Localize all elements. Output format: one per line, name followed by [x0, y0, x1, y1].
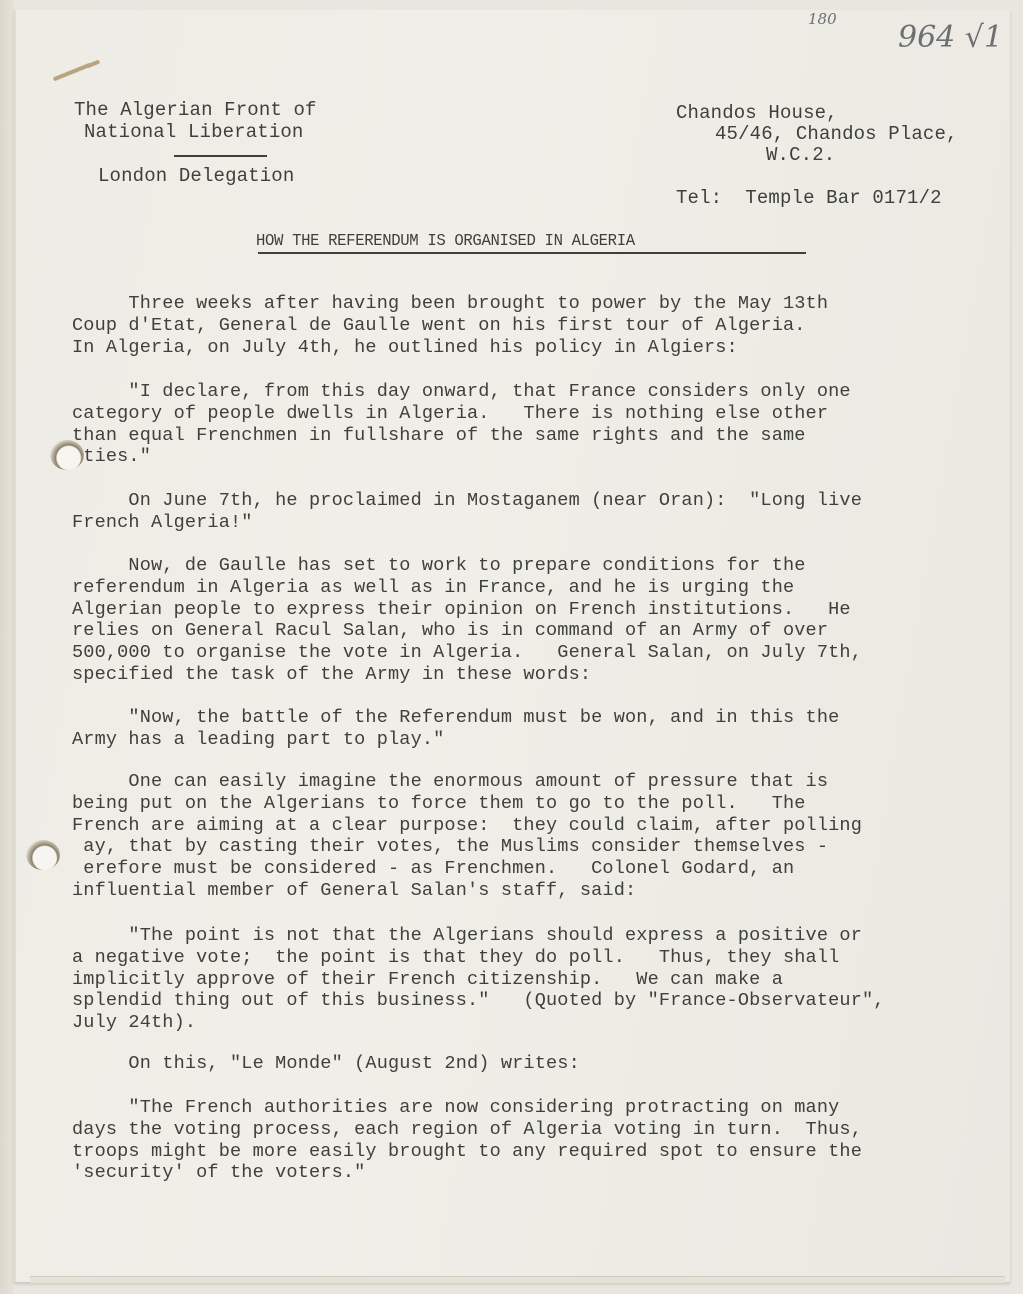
text-line: One can easily imagine the enormous amou…	[72, 772, 828, 794]
text-line: In Algeria, on July 4th, he outlined his…	[72, 338, 738, 360]
text-line: Algerian people to express their opinion…	[72, 600, 851, 622]
address-line3: W.C.2.	[766, 145, 835, 167]
text-line: ties."	[72, 447, 151, 469]
text-line: referendum in Algeria as well as in Fran…	[72, 578, 794, 600]
page-bottom-edge	[30, 1276, 1005, 1283]
text-line: splendid thing out of this business." (Q…	[72, 991, 885, 1013]
text-line: days the voting process, each region of …	[72, 1120, 862, 1142]
text-line: "The French authorities are now consider…	[72, 1098, 839, 1120]
text-line: influential member of General Salan's st…	[72, 881, 636, 903]
address-line2: 45/46, Chandos Place,	[715, 124, 958, 146]
text-line: specified the task of the Army in these …	[72, 665, 591, 687]
text-line: erefore must be considered - as Frenchme…	[72, 859, 794, 881]
title-underline	[258, 252, 806, 254]
org-name-line1: The Algerian Front of	[74, 100, 317, 122]
text-line: Army has a leading part to play."	[72, 730, 444, 752]
text-line: On this, "Le Monde" (August 2nd) writes:	[72, 1054, 580, 1076]
text-line: being put on the Algerians to force them…	[72, 794, 806, 816]
text-line: relies on General Racul Salan, who is in…	[72, 621, 828, 643]
text-line: ay, that by casting their votes, the Mus…	[72, 837, 828, 859]
delegation-name: London Delegation	[98, 166, 294, 188]
text-line: Coup d'Etat, General de Gaulle went on h…	[72, 316, 806, 338]
text-line: implicitly approve of their French citiz…	[72, 970, 783, 992]
letterhead-divider	[174, 155, 267, 157]
text-line: "Now, the battle of the Referendum must …	[72, 708, 839, 730]
text-line: troops might be more easily brought to a…	[72, 1142, 862, 1164]
address-line1: Chandos House,	[676, 103, 838, 125]
text-line: 'security' of the voters."	[72, 1163, 365, 1185]
folio-number: 180	[808, 10, 837, 28]
text-line: Now, de Gaulle has set to work to prepar…	[72, 556, 806, 578]
text-line: On June 7th, he proclaimed in Mostaganem…	[72, 491, 862, 513]
text-line: Three weeks after having been brought to…	[72, 294, 828, 316]
document-title: HOW THE REFERENDUM IS ORGANISED IN ALGER…	[256, 232, 635, 251]
text-line: a negative vote; the point is that they …	[72, 948, 839, 970]
text-line: "I declare, from this day onward, that F…	[72, 382, 851, 404]
text-line: July 24th).	[72, 1013, 196, 1035]
telephone: Tel: Temple Bar 0171/2	[676, 188, 942, 210]
text-line: French Algeria!"	[72, 513, 253, 535]
org-name-line2: National Liberation	[84, 122, 304, 144]
binding-edge	[0, 0, 14, 1294]
text-line: French are aiming at a clear purpose: th…	[72, 816, 862, 838]
punch-hole-bottom	[26, 840, 60, 870]
text-line: "The point is not that the Algerians sho…	[72, 926, 862, 948]
text-line: category of people dwells in Algeria. Th…	[72, 404, 828, 426]
text-line: 500,000 to organise the vote in Algeria.…	[72, 643, 862, 665]
reference-number: 964 √1	[898, 20, 1003, 55]
text-line: than equal Frenchmen in fullshare of the…	[72, 426, 806, 448]
